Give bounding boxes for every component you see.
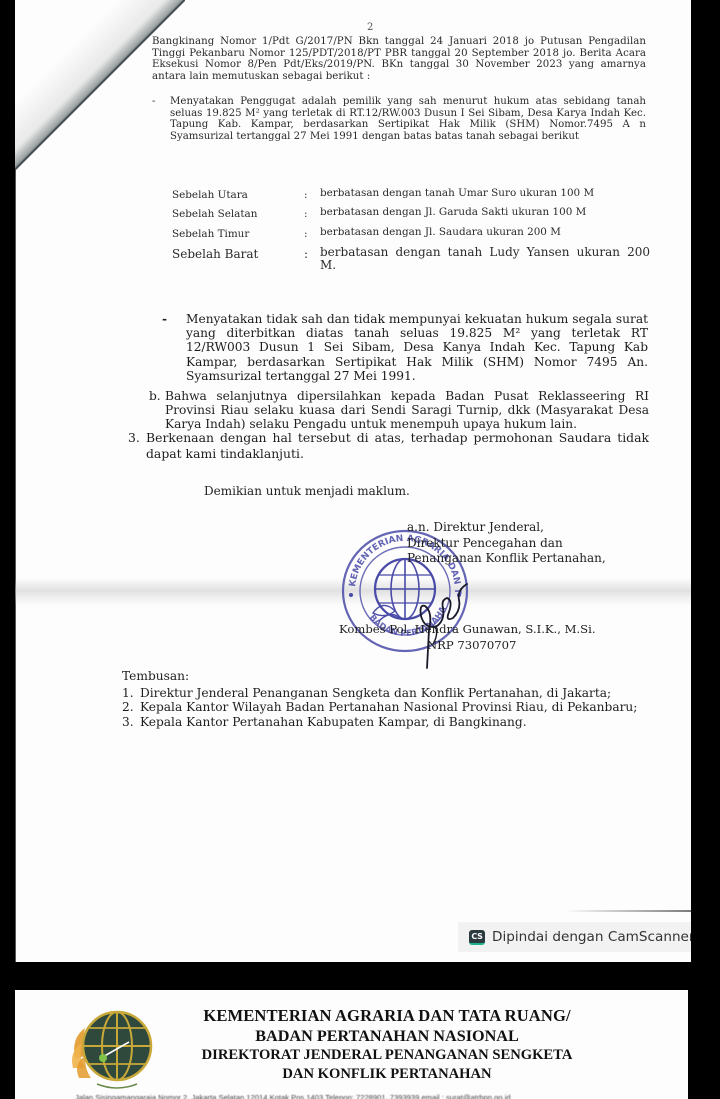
border-colon: :: [304, 188, 320, 201]
border-colon: :: [304, 207, 320, 220]
tembusan-item: 2. Kepala Kantor Wilayah Badan Pertanaha…: [122, 700, 642, 715]
border-colon: :: [304, 246, 320, 273]
tembusan-section: Tembusan: 1. Direktur Jenderal Penangana…: [122, 669, 642, 729]
land-borders-table: Sebelah Utara : berbatasan dengan tanah …: [172, 188, 650, 279]
border-side: Sebelah Timur: [172, 227, 304, 240]
letterhead-line: DAN KONFLIK PERTANAHAN: [167, 1065, 607, 1084]
letterhead-address: Jalan Sisingamangaraja Nomor 2, Jakarta …: [75, 1093, 635, 1099]
signature-block: KEMENTERIAN AGRARIA DAN TATA RUANG BADAN…: [339, 520, 639, 670]
tembusan-item: 3. Kepala Kantor Pertanahan Kabupaten Ka…: [122, 715, 642, 730]
border-side: Sebelah Utara: [172, 188, 304, 201]
scanned-page-1: 2 Bangkinang Nomor 1/Pdt G/2017/PN Bkn t…: [15, 0, 691, 962]
border-row: Sebelah Utara : berbatasan dengan tanah …: [172, 188, 650, 201]
item-label: 3.: [128, 430, 146, 461]
intro-text: Bangkinang Nomor 1/Pdt G/2017/PN Bkn tan…: [152, 36, 646, 82]
intro-paragraph: Bangkinang Nomor 1/Pdt G/2017/PN Bkn tan…: [152, 36, 646, 82]
title-line: Direktur Pencegahan dan: [407, 536, 606, 552]
border-desc: berbatasan dengan Jl. Garuda Sakti ukura…: [320, 207, 650, 220]
item-b: b. Bahwa selanjutnya dipersilahkan kepad…: [149, 389, 649, 432]
border-desc: berbatasan dengan tanah Umar Suro ukuran…: [320, 188, 650, 201]
faint-footer-line: [35, 906, 675, 912]
border-colon: :: [304, 227, 320, 240]
scanned-page-2: KEMENTERIAN AGRARIA DAN TATA RUANG/ BADA…: [15, 990, 688, 1099]
page-curl-corner: [15, 0, 185, 170]
signatory-name: Kombes Pol. Hendra Gunawan, S.I.K., M.Si…: [339, 622, 596, 636]
camscanner-icon: CS: [469, 930, 485, 945]
page-number: 2: [367, 22, 373, 33]
tembusan-text: Kepala Kantor Pertanahan Kabupaten Kampa…: [140, 715, 642, 730]
bpn-logo-icon: [67, 998, 157, 1094]
tembusan-heading: Tembusan:: [122, 669, 642, 684]
letterhead: KEMENTERIAN AGRARIA DAN TATA RUANG/ BADA…: [167, 1006, 607, 1084]
divider: [565, 910, 691, 912]
tembusan-number: 2.: [122, 700, 140, 715]
letterhead-line: KEMENTERIAN AGRARIA DAN TATA RUANG/: [167, 1006, 607, 1026]
border-desc: berbatasan dengan Jl. Saudara ukuran 200…: [320, 227, 650, 240]
item-text: Berkenaan dengan hal tersebut di atas, t…: [146, 430, 649, 461]
border-desc: berbatasan dengan tanah Ludy Yansen ukur…: [320, 246, 650, 273]
border-side: Sebelah Barat: [172, 246, 304, 273]
tembusan-text: Direktur Jenderal Penanganan Sengketa da…: [140, 686, 642, 701]
tembusan-list: 1. Direktur Jenderal Penanganan Sengketa…: [122, 686, 642, 730]
bullet-invalidity: - Menyatakan tidak sah dan tidak mempuny…: [162, 312, 648, 383]
border-row: Sebelah Timur : berbatasan dengan Jl. Sa…: [172, 227, 650, 240]
border-side: Sebelah Selatan: [172, 207, 304, 220]
title-line: a.n. Direktur Jenderal,: [407, 520, 606, 536]
border-row: Sebelah Selatan : berbatasan dengan Jl. …: [172, 207, 650, 220]
tembusan-number: 3.: [122, 715, 140, 730]
tembusan-text: Kepala Kantor Wilayah Badan Pertanahan N…: [140, 700, 642, 715]
item-text: Bahwa selanjutnya dipersilahkan kepada B…: [165, 389, 649, 432]
closing-statement: Demikian untuk menjadi maklum.: [204, 484, 410, 498]
tembusan-number: 1.: [122, 686, 140, 701]
bullet-marker: -: [162, 312, 186, 383]
letterhead-line: BADAN PERTANAHAN NASIONAL: [167, 1026, 607, 1046]
bullet-text: Menyatakan Penggugat adalah pemilik yang…: [170, 96, 646, 142]
border-row: Sebelah Barat : berbatasan dengan tanah …: [172, 246, 650, 273]
handwritten-signature-icon: [399, 560, 469, 670]
bullet-marker: -: [152, 96, 170, 142]
letterhead-line: DIREKTORAT JENDERAL PENANGANAN SENGKETA: [167, 1046, 607, 1065]
signatory-nrp: NRP 73070707: [427, 638, 516, 652]
camscanner-watermark: CS Dipindai dengan CamScanner: [458, 922, 691, 952]
bullet-text: Menyatakan tidak sah dan tidak mempunyai…: [186, 312, 648, 383]
tembusan-item: 1. Direktur Jenderal Penanganan Sengketa…: [122, 686, 642, 701]
item-3: 3. Berkenaan dengan hal tersebut di atas…: [128, 430, 649, 461]
bullet-ownership: - Menyatakan Penggugat adalah pemilik ya…: [152, 96, 646, 142]
camscanner-label: Dipindai dengan CamScanner: [492, 929, 691, 945]
item-label: b.: [149, 389, 165, 432]
